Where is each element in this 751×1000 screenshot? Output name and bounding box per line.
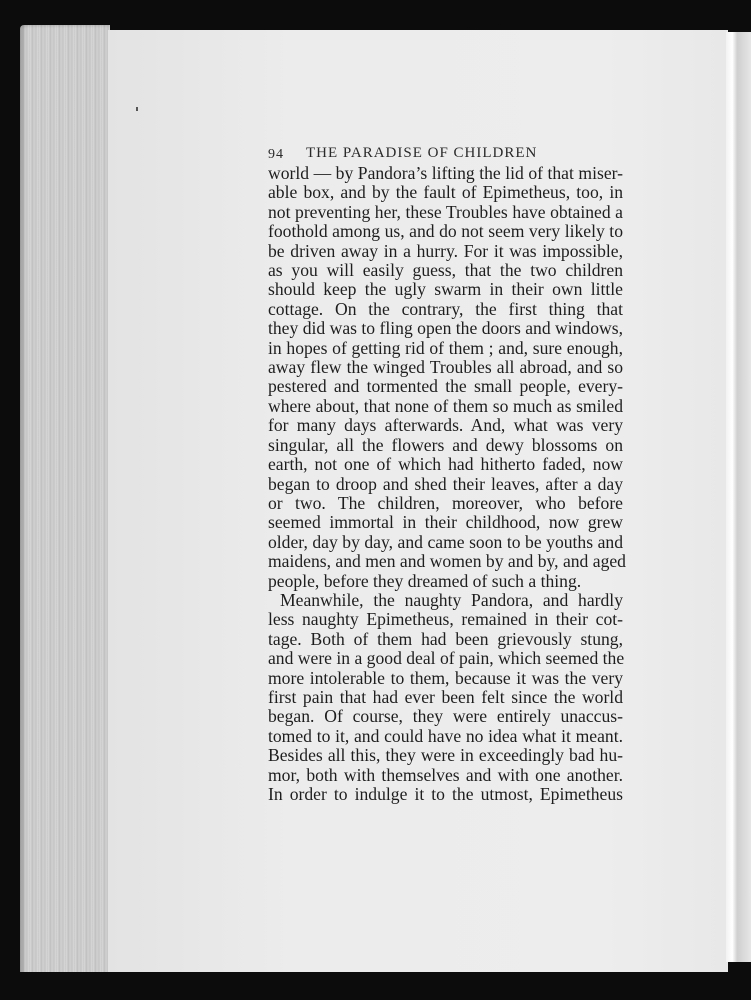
text-line: for many days afterwards. And, what was …: [268, 416, 623, 435]
text-line: older, day by day, and came soon to be y…: [268, 533, 623, 552]
book-right-edge: [726, 32, 751, 962]
text-line: maidens, and men and women by and by, an…: [268, 552, 623, 571]
stray-mark: [136, 107, 138, 111]
text-line: or two. The children, moreover, who befo…: [268, 494, 623, 513]
text-line: mor, both with themselves and with one a…: [268, 766, 623, 785]
text-line: tage. Both of them had been grievously s…: [268, 630, 623, 649]
text-line: singular, all the flowers and dewy bloss…: [268, 436, 623, 455]
text-line: Besides all this, they were in exceeding…: [268, 746, 623, 765]
text-line: as you will easily guess, that the two c…: [268, 261, 623, 280]
bottom-shadow: [20, 972, 751, 1000]
text-line: able box, and by the fault of Epimetheus…: [268, 183, 623, 202]
text-line: Meanwhile, the naughty Pandora, and hard…: [268, 591, 623, 610]
text-line: earth, not one of which had hitherto fad…: [268, 455, 623, 474]
text-line: more intolerable to them, because it was…: [268, 669, 623, 688]
text-line: seemed immortal in their childhood, now …: [268, 513, 623, 532]
text-line: began. Of course, they were entirely una…: [268, 707, 623, 726]
text-line: be driven away in a hurry. For it was im…: [268, 242, 623, 261]
text-line: foothold among us, and do not seem very …: [268, 222, 623, 241]
text-line: and were in a good deal of pain, which s…: [268, 649, 623, 668]
text-line: first pain that had ever been felt since…: [268, 688, 623, 707]
body-text: world — by Pandora’s lifting the lid of …: [268, 164, 623, 804]
text-line: they did was to fling open the doors and…: [268, 319, 623, 338]
text-line: less naughty Epimetheus, remained in the…: [268, 610, 623, 629]
text-line: where about, that none of them so much a…: [268, 397, 623, 416]
text-line: not preventing her, these Troubles have …: [268, 203, 623, 222]
text-line: cottage. On the contrary, the first thin…: [268, 300, 623, 319]
page-number: 94: [268, 147, 284, 163]
text-line: In order to indulge it to the utmost, Ep…: [268, 785, 623, 804]
text-line: in hopes of getting rid of them ; and, s…: [268, 339, 623, 358]
book-page-edges: [20, 25, 110, 975]
text-line: world — by Pandora’s lifting the lid of …: [268, 164, 623, 183]
text-line: away flew the winged Troubles all abroad…: [268, 358, 623, 377]
text-line: began to droop and shed their leaves, af…: [268, 475, 623, 494]
text-line: people, before they dreamed of such a th…: [268, 572, 623, 591]
chapter-title: THE PARADISE OF CHILDREN: [306, 145, 537, 162]
text-line: pestered and tormented the small people,…: [268, 377, 623, 396]
text-line: tomed to it, and could have no idea what…: [268, 727, 623, 746]
text-line: should keep the ugly swarm in their own …: [268, 280, 623, 299]
